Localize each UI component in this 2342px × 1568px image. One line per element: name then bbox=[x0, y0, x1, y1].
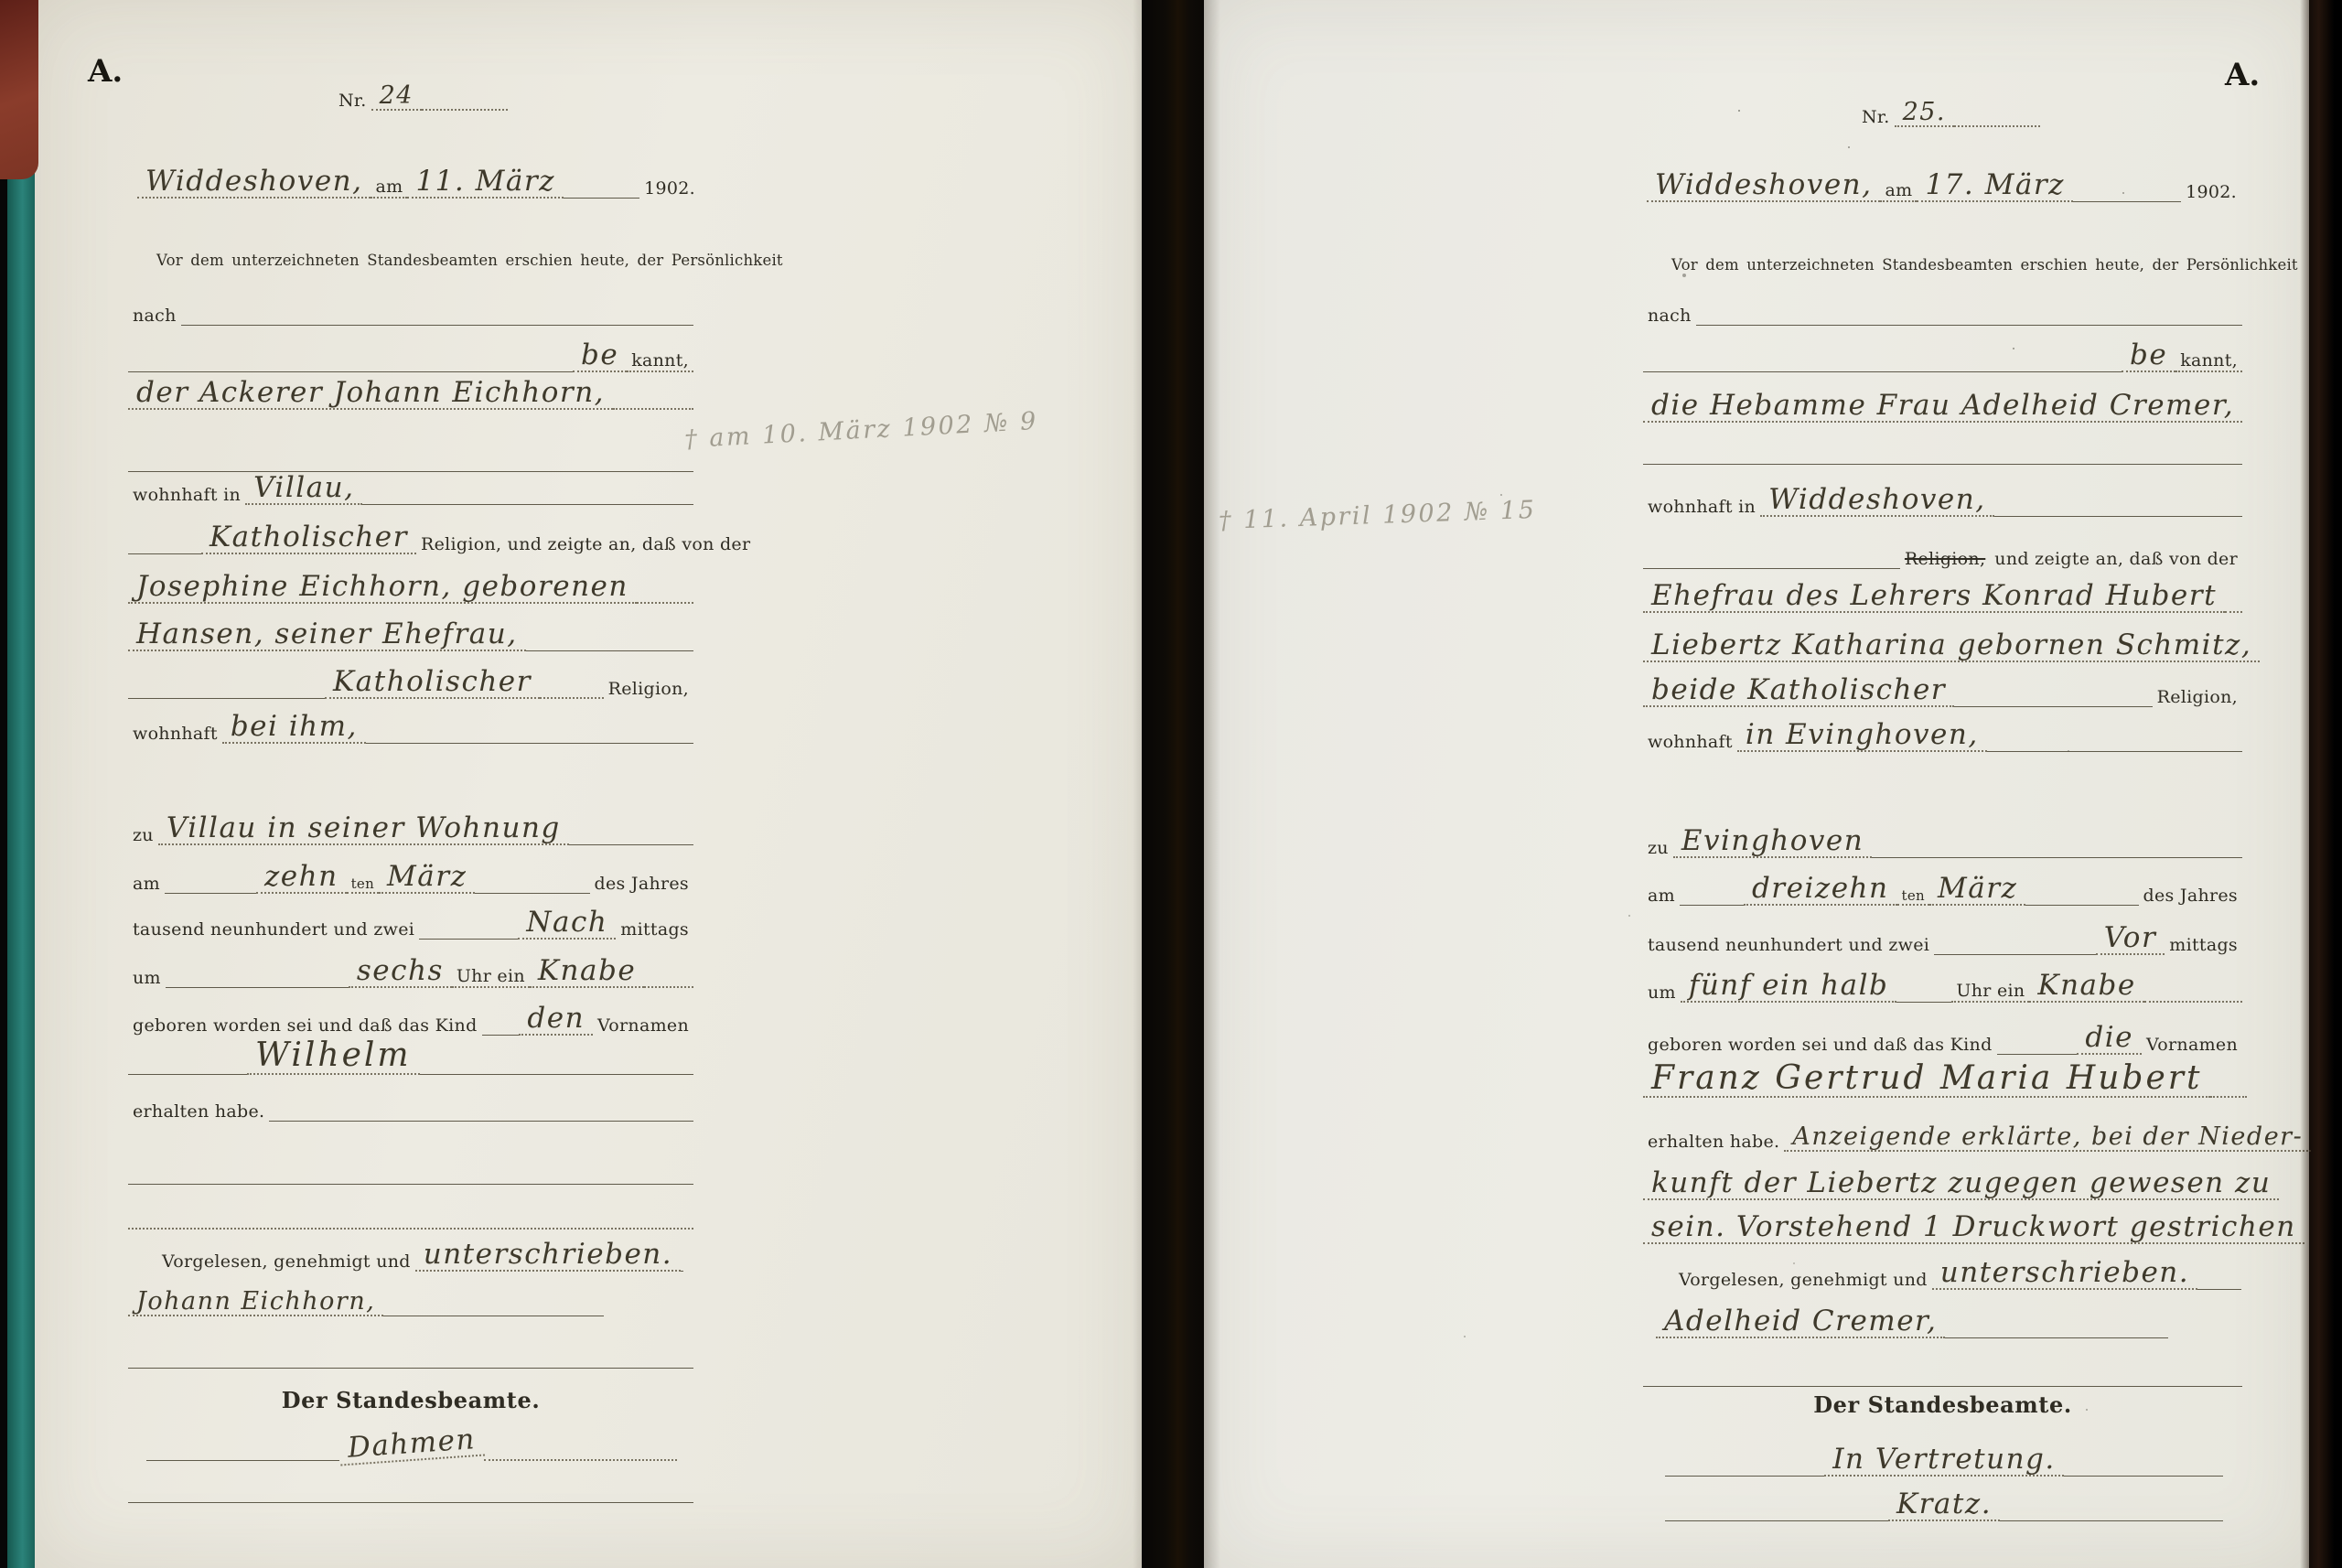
lp-declarant-text: der Ackerer Johann Eichhorn, bbox=[128, 378, 613, 410]
rule-line bbox=[2000, 1520, 2223, 1521]
rp-row-intro: Vor dem unterzeichneten Standesbeamten e… bbox=[1667, 231, 2225, 274]
paper-specks bbox=[1738, 110, 1740, 112]
rule-line bbox=[569, 844, 693, 845]
rp-mother2-text: Liebertz Katharina gebornen Schmitz, bbox=[1643, 630, 2260, 662]
lp-am2-label: am bbox=[128, 874, 165, 894]
rp-row-mother2: Liebertz Katharina gebornen Schmitz, bbox=[1643, 620, 2247, 662]
lp-am-label: am bbox=[371, 177, 407, 199]
lp-zu-label: zu bbox=[128, 825, 158, 845]
rp-row-erhalten-note1: erhalten habe. Anzeigende erklärte, bei … bbox=[1643, 1110, 2247, 1152]
rule-line bbox=[419, 939, 518, 940]
rp-row-vertretung: In Vertretung. bbox=[1665, 1434, 2223, 1477]
book-cover-red-corner bbox=[0, 0, 38, 179]
lp-religion2-label: Religion, bbox=[604, 679, 693, 699]
rp-month-value: März bbox=[1929, 874, 2025, 906]
rp-childname-value: Franz Gertrud Maria Hubert bbox=[1643, 1061, 2210, 1098]
lp-vorgelesen-label: Vorgelesen, genehmigt und bbox=[157, 1251, 415, 1272]
lp-article-value: den bbox=[519, 1004, 593, 1036]
lp-row-hour: um sechs Uhr ein Knabe bbox=[128, 946, 693, 988]
rp-note3-text: sein. Vorstehend 1 Druckwort gestrichen bbox=[1643, 1212, 2304, 1244]
rp-religion2-value: beide Katholischer bbox=[1643, 675, 1954, 707]
lp-row-declarant: der Ackerer Johann Eichhorn, bbox=[128, 368, 693, 410]
lp-row-residence2: wohnhaft bei ihm, bbox=[128, 702, 693, 744]
rp-wohnhaft-in-label: wohnhaft in bbox=[1643, 497, 1760, 517]
rp-row-hour: um fünf ein halb Uhr ein Knabe bbox=[1643, 961, 2242, 1003]
rule-line bbox=[1872, 857, 2242, 858]
rp-religion-struck-label: Religion, bbox=[1900, 549, 1990, 569]
rp-row-birthday: am dreizehn ten März des Jahres bbox=[1643, 864, 2242, 906]
rp-place: Widdeshoven, bbox=[1647, 170, 1880, 202]
rp-residence-value: Widdeshoven, bbox=[1760, 485, 1993, 517]
rp-tausend-label: tausend neunhundert und zwei bbox=[1643, 935, 1934, 955]
rp-row-birthplace: zu Evinghoven bbox=[1643, 816, 2242, 858]
rp-am2-label: am bbox=[1643, 886, 1680, 906]
rp-row-place-date: Widdeshoven, am 17. März 1902. bbox=[1647, 160, 2241, 202]
rp-row-signature: Adelheid Cremer, bbox=[1656, 1296, 2168, 1338]
rp-mittags-label: mittags bbox=[2165, 935, 2242, 955]
rp-nr-label: Nr. bbox=[1857, 107, 1895, 127]
rp-zu-label: zu bbox=[1643, 838, 1673, 858]
lp-nr-value: 24 bbox=[371, 83, 422, 111]
rp-nach-label: nach bbox=[1643, 306, 1696, 326]
lp-residence-value: Villau, bbox=[245, 473, 362, 505]
rp-kannt-label: kannt, bbox=[2175, 350, 2242, 372]
rule-line bbox=[1643, 371, 2122, 372]
lp-tausend-label: tausend neunhundert und zwei bbox=[128, 919, 419, 940]
rule-line bbox=[128, 1184, 693, 1185]
rule-line bbox=[540, 697, 604, 699]
rp-be-hw: be bbox=[2122, 340, 2175, 372]
lp-row-geboren: geboren worden sei und daß das Kind den … bbox=[128, 993, 693, 1036]
lp-row-signature: Johann Eichhorn, bbox=[128, 1274, 604, 1316]
rule-line bbox=[2197, 1289, 2241, 1290]
lp-row-religion2: Katholischer Religion, bbox=[128, 657, 693, 699]
rp-undzeigte-label: und zeigte an, daß von der bbox=[1990, 549, 2242, 569]
rule-line bbox=[1994, 516, 2242, 517]
rp-sex-value: Knabe bbox=[2029, 971, 2143, 1003]
lp-row-lastline bbox=[128, 1461, 693, 1503]
rule-line bbox=[1696, 325, 2242, 326]
lp-intro-text: Vor dem unterzeichneten Standesbeamten e… bbox=[152, 252, 788, 269]
rp-wohnhaft-label: wohnhaft bbox=[1643, 732, 1737, 752]
lp-month-value: März bbox=[379, 862, 475, 894]
rp-row-official-signature: Kratz. bbox=[1665, 1479, 2223, 1521]
lp-religion1-label: Religion, und zeigte an, daß von der bbox=[416, 534, 755, 554]
lp-row-childname: Wilhelm bbox=[128, 1033, 693, 1075]
rp-mother1-text: Ehefrau des Lehrers Konrad Hubert bbox=[1643, 581, 2225, 613]
rp-date: 17. März bbox=[1917, 170, 2073, 202]
lp-sex-value: Knabe bbox=[530, 956, 644, 988]
rule-line bbox=[637, 602, 693, 604]
lp-date: 11. März bbox=[407, 166, 564, 199]
rp-residence2-value: in Evinghoven, bbox=[1737, 720, 1987, 752]
rp-meridiem-value: Vor bbox=[2096, 923, 2165, 955]
rp-uhrein-label: Uhr ein bbox=[1951, 981, 2029, 1003]
rp-row-note2: kunft der Liebertz zugegen gewesen zu bbox=[1643, 1158, 2247, 1200]
rule-line bbox=[564, 198, 639, 199]
lp-row-official-signature: Dahmen bbox=[146, 1419, 677, 1461]
rule-line bbox=[166, 987, 349, 988]
rule-line bbox=[475, 893, 589, 894]
rule-line bbox=[526, 650, 693, 651]
lp-row-standesbeamte: Der Standesbeamte. bbox=[128, 1371, 693, 1413]
rp-declarant-text: die Hebamme Frau Adelheid Cremer, bbox=[1643, 391, 2242, 423]
rule-line bbox=[1987, 751, 2242, 752]
lp-mother1-text: Josephine Eichhorn, geborenen bbox=[128, 572, 637, 604]
lp-desjahres-label: des Jahres bbox=[590, 874, 693, 894]
rp-um-label: um bbox=[1643, 983, 1681, 1003]
lp-row-erhalten: erhalten habe. bbox=[128, 1079, 693, 1122]
rule-line bbox=[1896, 1002, 1951, 1003]
rp-row-blank1 bbox=[1643, 423, 2242, 465]
lp-um-label: um bbox=[128, 968, 166, 988]
lp-day-value: zehn bbox=[256, 862, 347, 894]
rp-row-nach: nach bbox=[1643, 284, 2242, 326]
rule-line bbox=[1997, 1054, 2078, 1055]
corner-letter-left: A. bbox=[88, 53, 123, 90]
rp-geboren-label: geboren worden sei und daß das Kind bbox=[1643, 1035, 1997, 1055]
rule-line bbox=[165, 893, 256, 894]
rp-note2-text: kunft der Liebertz zugegen gewesen zu bbox=[1643, 1168, 2279, 1200]
rp-ten-label: ten bbox=[1897, 887, 1929, 906]
rp-desjahres-label: des Jahres bbox=[2139, 886, 2242, 906]
rule-line bbox=[1945, 1337, 2168, 1338]
rp-note1-text: Anzeigende erklärte, bei der Nieder- bbox=[1784, 1124, 2311, 1152]
rp-article-value: die bbox=[2077, 1023, 2142, 1055]
lp-row-blank3 bbox=[128, 1187, 693, 1230]
rp-row-declarant: die Hebamme Frau Adelheid Cremer, bbox=[1643, 381, 2242, 423]
lp-childname-value: Wilhelm bbox=[247, 1038, 420, 1075]
rule-line bbox=[1954, 706, 2153, 707]
rule-line bbox=[1665, 1520, 1888, 1521]
lp-row-nach: nach bbox=[128, 284, 693, 326]
rule-line bbox=[1665, 1476, 1824, 1477]
rp-row-note3: sein. Vorstehend 1 Druckwort gestrichen bbox=[1643, 1202, 2247, 1244]
rule-line bbox=[1643, 464, 2242, 465]
lp-row-mother2: Hansen, seiner Ehefrau, bbox=[128, 609, 693, 651]
lp-row-residence: wohnhaft in Villau, bbox=[128, 463, 693, 505]
lp-standesbeamte-label: Der Standesbeamte. bbox=[277, 1387, 545, 1413]
rule-line bbox=[128, 1502, 693, 1503]
lp-row-year-meridiem: tausend neunhundert und zwei Nach mittag… bbox=[128, 897, 693, 940]
lp-mittags-label: mittags bbox=[616, 919, 693, 940]
lp-row-place-date: Widdeshoven, am 11. März 1902. bbox=[137, 156, 700, 199]
lp-unterschrieben-hw: unterschrieben. bbox=[415, 1240, 681, 1272]
rp-row-year-meridiem: tausend neunhundert und zwei Vor mittags bbox=[1643, 913, 2242, 955]
lp-row-birthday: am zehn ten März des Jahres bbox=[128, 852, 693, 894]
rp-signature-value: Adelheid Cremer, bbox=[1656, 1306, 1945, 1338]
lp-meridiem-value: Nach bbox=[518, 908, 616, 940]
rp-row-childname: Franz Gertrud Maria Hubert bbox=[1643, 1056, 2247, 1098]
rule-line bbox=[2064, 1476, 2223, 1477]
lp-erhalten-label: erhalten habe. bbox=[128, 1101, 269, 1122]
lp-hour-value: sechs bbox=[349, 956, 452, 988]
lp-row-bekannt: be kannt, bbox=[128, 330, 693, 372]
rp-row-mother1: Ehefrau des Lehrers Konrad Hubert bbox=[1643, 571, 2242, 613]
lp-row-mother1: Josephine Eichhorn, geborenen bbox=[128, 562, 693, 604]
rule-line bbox=[420, 1074, 693, 1075]
rp-official-signature: Kratz. bbox=[1888, 1489, 2000, 1521]
lp-official-signature: Dahmen bbox=[338, 1424, 485, 1466]
lp-row-blank2 bbox=[128, 1143, 693, 1185]
rp-unterschrieben-hw: unterschrieben. bbox=[1932, 1258, 2197, 1290]
rule-line bbox=[1643, 568, 1900, 569]
rule-line bbox=[2025, 905, 2138, 906]
rule-line bbox=[128, 553, 201, 554]
corner-letter-right: A. bbox=[2225, 57, 2260, 93]
rp-row-bekannt: be kannt, bbox=[1643, 330, 2242, 372]
rp-vertretung-text: In Vertretung. bbox=[1824, 1444, 2063, 1477]
rule-line bbox=[269, 1121, 693, 1122]
lp-row-number: Nr. 24 bbox=[334, 69, 508, 111]
rp-row-standesbeamte: Der Standesbeamte. bbox=[1643, 1376, 2242, 1418]
rp-standesbeamte-label: Der Standesbeamte. bbox=[1809, 1391, 2077, 1418]
rp-vornamen-label: Vornamen bbox=[2142, 1035, 2242, 1055]
rp-birthplace-value: Evinghoven bbox=[1673, 826, 1872, 858]
rp-intro-text: Vor dem unterzeichneten Standesbeamten e… bbox=[1667, 256, 2303, 274]
lp-nr-label: Nr. bbox=[334, 91, 371, 111]
rp-day-value: dreizehn bbox=[1744, 874, 1897, 906]
lp-religion2-value: Katholischer bbox=[325, 667, 540, 699]
rp-erhalten-label: erhalten habe. bbox=[1643, 1132, 1784, 1152]
rule-line bbox=[128, 1074, 247, 1075]
rule-line bbox=[681, 1271, 683, 1272]
rp-row-religion-struck: Religion, und zeigte an, daß von der bbox=[1643, 527, 2242, 569]
lp-wohnhaft-label: wohnhaft bbox=[128, 724, 222, 744]
rule-line bbox=[1680, 905, 1744, 906]
rp-hour-value: fünf ein halb bbox=[1681, 971, 1897, 1003]
lp-residence2-value: bei ihm, bbox=[222, 712, 366, 744]
register-book-scan: A. Nr. 24 Widdeshoven, am 11. März 1902.… bbox=[0, 0, 2342, 1568]
lp-row-vorgelesen: Vorgelesen, genehmigt und unterschrieben… bbox=[157, 1230, 683, 1272]
rule-line bbox=[2225, 611, 2242, 613]
rule-line bbox=[422, 109, 508, 111]
rule-line bbox=[1934, 954, 2096, 955]
rp-vorgelesen-label: Vorgelesen, genehmigt und bbox=[1674, 1270, 1932, 1290]
rule-line bbox=[2073, 201, 2181, 202]
book-gutter-shadow bbox=[1133, 0, 1220, 1568]
rp-row-residence2: wohnhaft in Evinghoven, bbox=[1643, 710, 2242, 752]
rule-line bbox=[366, 743, 693, 744]
rule-line bbox=[613, 408, 693, 410]
rp-year: 1902. bbox=[2181, 182, 2241, 202]
rp-row-vorgelesen: Vorgelesen, genehmigt und unterschrieben… bbox=[1674, 1248, 2241, 1290]
lp-uhrein-label: Uhr ein bbox=[452, 966, 530, 988]
lp-row-blank4 bbox=[128, 1326, 693, 1369]
rp-religion2-label: Religion, bbox=[2153, 687, 2242, 707]
rp-row-residence: wohnhaft in Widdeshoven, bbox=[1643, 475, 2242, 517]
lp-row-religion1: Katholischer Religion, und zeigte an, da… bbox=[128, 512, 693, 554]
lp-mother2-text: Hansen, seiner Ehefrau, bbox=[128, 619, 526, 651]
lp-place: Widdeshoven, bbox=[137, 166, 371, 199]
rule-line bbox=[383, 1316, 604, 1316]
rule-line bbox=[2210, 1096, 2247, 1098]
rp-nr-value: 25. bbox=[1895, 100, 1954, 127]
lp-year: 1902. bbox=[639, 178, 700, 199]
rule-line bbox=[128, 698, 325, 699]
rule-line bbox=[362, 504, 693, 505]
rp-row-religion2: beide Katholischer Religion, bbox=[1643, 665, 2242, 707]
lp-row-intro: Vor dem unterzeichneten Standesbeamten e… bbox=[152, 227, 696, 269]
rp-row-number: Nr. 25. bbox=[1857, 85, 2040, 127]
lp-wohnhaft-in-label: wohnhaft in bbox=[128, 485, 245, 505]
rule-line bbox=[1954, 125, 2040, 127]
book-cover-teal-edge bbox=[7, 0, 35, 1568]
rule-line bbox=[2144, 1001, 2242, 1003]
rp-row-geboren: geboren worden sei und daß das Kind die … bbox=[1643, 1013, 2242, 1055]
lp-ten-label: ten bbox=[347, 875, 379, 894]
lp-signature-value: Johann Eichhorn, bbox=[128, 1289, 383, 1316]
lp-nach-label: nach bbox=[128, 306, 181, 326]
lp-birthplace-value: Villau in seiner Wohnung bbox=[158, 813, 569, 845]
rule-line bbox=[181, 325, 693, 326]
rp-am-label: am bbox=[1880, 180, 1917, 202]
rule-line bbox=[128, 1368, 693, 1369]
lp-row-birthplace: zu Villau in seiner Wohnung bbox=[128, 803, 693, 845]
lp-religion1-value: Katholischer bbox=[201, 522, 416, 554]
book-edge-right bbox=[2300, 0, 2342, 1568]
rule-line bbox=[644, 986, 693, 988]
